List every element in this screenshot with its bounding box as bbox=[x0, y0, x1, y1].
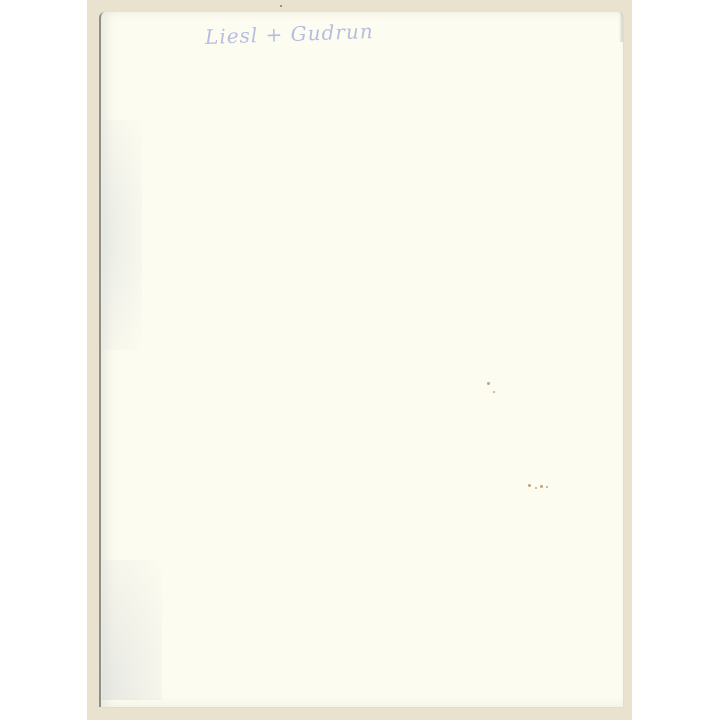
stain-speck bbox=[493, 391, 495, 393]
photo-back-card bbox=[99, 12, 623, 707]
stain-speck bbox=[528, 484, 531, 487]
stain-speck bbox=[280, 5, 282, 7]
stain-speck bbox=[535, 487, 537, 489]
stain-speck bbox=[546, 486, 548, 488]
stain-speck bbox=[540, 485, 543, 488]
edge-wear bbox=[102, 120, 142, 350]
corner-wear bbox=[102, 560, 162, 700]
stain-speck bbox=[487, 382, 490, 385]
